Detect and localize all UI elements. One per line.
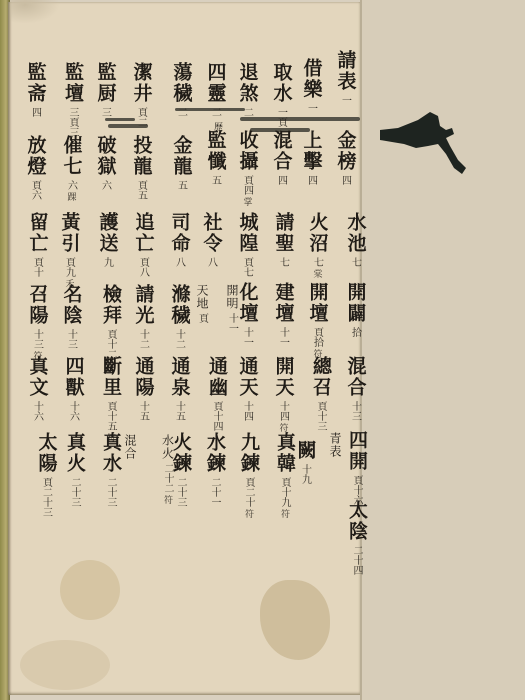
entry-title: 投龍 (132, 135, 151, 177)
entry-title: 開闢 (346, 282, 365, 324)
toc-entry: 名陰 十三 (52, 284, 90, 349)
entry-page: 九 (100, 257, 115, 267)
entry-page: 四 (338, 175, 353, 185)
entry-title: 潔井 (132, 62, 151, 104)
entry-page: 十四 (276, 401, 291, 421)
entry-page: 七 (276, 257, 291, 267)
toc-entry: 監斋 四 (16, 62, 54, 117)
toc-entry: 開明 十一 天地 頁 (190, 284, 247, 333)
entry-title: 混合 (272, 130, 291, 172)
entry-title: 上擊 (302, 130, 321, 172)
entry-page: 六 (64, 180, 79, 190)
toc-entry: 太陽 頁二十三 (16, 432, 76, 517)
entry-page: 頁七 (240, 257, 255, 277)
entry-page: 十五 (136, 401, 151, 421)
toc-entry: 總召 頁十三 (298, 356, 343, 431)
toc-entry: 監壇 三頁三 (50, 62, 95, 137)
entry-title: 取水 (272, 62, 291, 104)
entry-page: 頁五 (134, 180, 149, 200)
entry-page: 十六 (30, 401, 45, 421)
toc-entry: 滌穢 十二 (160, 284, 198, 349)
entry-title: 請光 (134, 284, 153, 326)
entry-title: 開天 (274, 356, 293, 398)
toc-entry: 投龍 頁五 (122, 135, 160, 200)
entry-title: 名陰 (62, 284, 81, 326)
entry-page: 三 (98, 107, 113, 117)
entry-title: 請聖 (274, 212, 293, 254)
entry-page: 四 (304, 175, 319, 185)
entry-title: 召陽 (28, 284, 47, 326)
entry-page: 四 (28, 107, 43, 117)
toc-entry: 真文 十六 (18, 356, 56, 421)
entry-title: 火沼 (308, 212, 327, 254)
toc-entry: 斷里 頁十五 符 (88, 356, 133, 442)
toc-entry: 監懺 五 (196, 130, 234, 185)
entry-title: 斷里 (101, 356, 120, 398)
water-stain (20, 640, 110, 690)
entry-page: 五 (208, 175, 223, 185)
entry-title: 留亡 (28, 212, 47, 254)
entry-title: 金龍 (172, 135, 191, 177)
entry-page: 二十三 (103, 477, 118, 507)
entry-title: 請表 (336, 50, 355, 92)
entry-title: 監懺 (206, 130, 225, 172)
entry-title: 檢拜 (101, 284, 120, 326)
entry-title: 通陽 (134, 356, 153, 398)
page-corner-wear (10, 0, 60, 24)
toc-entry: 金龍 五 (162, 135, 200, 190)
entry-title: 水池 (346, 212, 365, 254)
entry-note: 符 (161, 495, 174, 504)
entry-title: 司命 (170, 212, 189, 254)
entry-title: 四靈 (206, 62, 225, 104)
entry-title: 社令 (202, 212, 221, 254)
entry-page: 十三 (64, 329, 79, 349)
entry-page: 十五 (172, 401, 187, 421)
entry-page: 頁九 (62, 257, 77, 277)
toc-entry: 破獄 六 (86, 135, 124, 190)
entry-title: 追亡 (134, 212, 153, 254)
toc-entry: 留亡 頁十 (18, 212, 56, 277)
toc-entry: 召陽 十三 符 (18, 284, 56, 360)
entry-note: 符 (278, 509, 291, 518)
entry-title: 總召 (311, 356, 330, 398)
toc-entry: 開天 十四 符 (264, 356, 302, 432)
entry-page: 頁二十三 (39, 477, 54, 517)
entry-title: 九鍊 (239, 432, 258, 474)
entry-note: 符 (242, 509, 255, 518)
entry-page: 八 (204, 257, 219, 267)
strikethrough-stroke (240, 117, 360, 121)
toc-entry: 放燈 頁六 (16, 135, 54, 200)
entry-title: 太陰 (347, 500, 366, 542)
toc-entry: 開闢 拾 (336, 282, 374, 337)
entry-note: 棠 (311, 269, 324, 278)
toc-entry: 開壇 頁拾 符 (298, 282, 336, 358)
entry-title: 真水 (101, 432, 120, 474)
entry-title: 監厨 (96, 62, 115, 104)
entry-page: 二 (174, 107, 189, 117)
entry-page: 二十二 (160, 463, 175, 493)
toc-entry: 取水 一頁 (262, 62, 300, 127)
entry-title: 太陽 (37, 432, 56, 474)
entry-page: 二十四 (349, 545, 364, 575)
toc-entry: 太陰 二十四 (334, 500, 379, 575)
manuscript-right-page (360, 0, 525, 700)
entry-page: 十一 (276, 327, 291, 347)
toc-entry: 追亡 頁八 (124, 212, 162, 277)
toc-entry: 金榜 四 (326, 130, 364, 185)
entry-page: 頁二十 (241, 477, 256, 507)
entry-page: 十二 (172, 329, 187, 349)
entry-page: 四 (274, 175, 289, 185)
entry-page: 頁十三 (313, 401, 328, 431)
entry-title: 黃引 (60, 212, 79, 254)
entry-title: 城隍 (238, 212, 257, 254)
entry-note: 踝 (65, 192, 78, 201)
toc-entry: 混合 四 (262, 130, 300, 185)
entry-page: 頁四 (240, 175, 255, 195)
entry-title: 通泉 (170, 356, 189, 398)
toc-entry: 通幽 頁十四 (194, 356, 239, 431)
toc-entry: 蕩穢 二 (162, 62, 200, 117)
entry-page: 六 (98, 180, 113, 190)
toc-entry: 催七 六 踝 (52, 135, 90, 201)
entry-page: 一 (338, 95, 353, 105)
entry-title: 蕩穢 (172, 62, 191, 104)
entry-page: 頁十四 (209, 401, 224, 431)
entry-title: 四獸 (64, 356, 83, 398)
entry-title: 金榜 (336, 130, 355, 172)
entry-page: 一 (304, 103, 319, 113)
entry-page: 十三 (30, 329, 45, 349)
water-stain (60, 560, 120, 620)
entry-title: 監斋 (26, 62, 45, 104)
toc-entry: 水池 七 (336, 212, 374, 267)
entry-title: 收攝 (238, 130, 257, 172)
toc-entry: 城隍 頁七 (228, 212, 266, 277)
toc-entry: 通泉 十五 (160, 356, 198, 421)
entry-page: 頁八 (136, 257, 151, 277)
entry-page: 七 (310, 257, 325, 267)
entry-title: 真韓 (275, 432, 294, 474)
entry-page: 頁二 (134, 107, 149, 127)
entry-title: 破獄 (96, 135, 115, 177)
entry-page: 二 (240, 107, 255, 117)
toc-entry: 火沼 七 棠 (298, 212, 336, 278)
toc-entry: 四靈 二 (196, 62, 234, 117)
entry-page: 十六 (66, 401, 81, 421)
entry-page: 七 (348, 257, 363, 267)
entry-page: 十四 (240, 401, 255, 421)
entry-page: 頁拾 (310, 327, 325, 347)
entry-title: 混合 (346, 356, 365, 398)
entry-title: 催七 (62, 135, 81, 177)
toc-entry: 建壇 十一 (264, 282, 302, 347)
entry-title: 護送 (98, 212, 117, 254)
entry-page: 一頁 (274, 107, 289, 127)
entry-title: 建壇 (274, 282, 293, 324)
entry-title: 放燈 (26, 135, 45, 177)
toc-entry: 護送 九 (88, 212, 126, 267)
entry-page: 二 (208, 107, 223, 117)
entry-page: 十二 (136, 329, 151, 349)
entry-page: 頁十九 (277, 477, 292, 507)
entry-title: 水火 (162, 434, 174, 460)
entry-title: 真文 (28, 356, 47, 398)
toc-entry: 潔井 頁二 (122, 62, 160, 127)
ink-blot-icon (378, 108, 468, 178)
entry-title: 借樂 (302, 58, 321, 100)
entry-title: 滌穢 (170, 284, 189, 326)
entry-page: 二十一 (207, 477, 222, 507)
entry-title: 通幽 (207, 356, 226, 398)
entry-page: 頁十 (30, 257, 45, 277)
entry-title: 退煞 (238, 62, 257, 104)
entry-note: 掌 (241, 197, 254, 206)
entry-title: 四開 (347, 430, 366, 472)
entry-note: 符 (277, 423, 290, 432)
entry-page: 頁六 (28, 180, 43, 200)
toc-entry: 司命 八 (160, 212, 198, 267)
entry-title: 通天 (238, 356, 257, 398)
toc-entry: 請表 一 (326, 50, 364, 105)
entry-page: 三頁三 (65, 107, 80, 137)
entry-page: 十一 (225, 313, 240, 333)
toc-entry: 四獸 十六 (54, 356, 92, 421)
entry-title: 開明 (226, 284, 238, 310)
entry-title: 開壇 (308, 282, 327, 324)
entry-page: 八 (172, 257, 187, 267)
toc-entry: 請聖 七 (264, 212, 302, 267)
entry-page: 拾 (348, 327, 363, 337)
entry-title: 青表 (329, 432, 341, 458)
entry-page: 頁十五 (103, 401, 118, 431)
entry-page: 頁十二 (103, 329, 118, 359)
entry-page: 十三 (348, 401, 363, 421)
entry-title: 水鍊 (205, 432, 224, 474)
entry-title: 監壇 (63, 62, 82, 104)
entry-page: 五 (174, 180, 189, 190)
toc-entry: 檢拜 頁十二 (88, 284, 133, 359)
